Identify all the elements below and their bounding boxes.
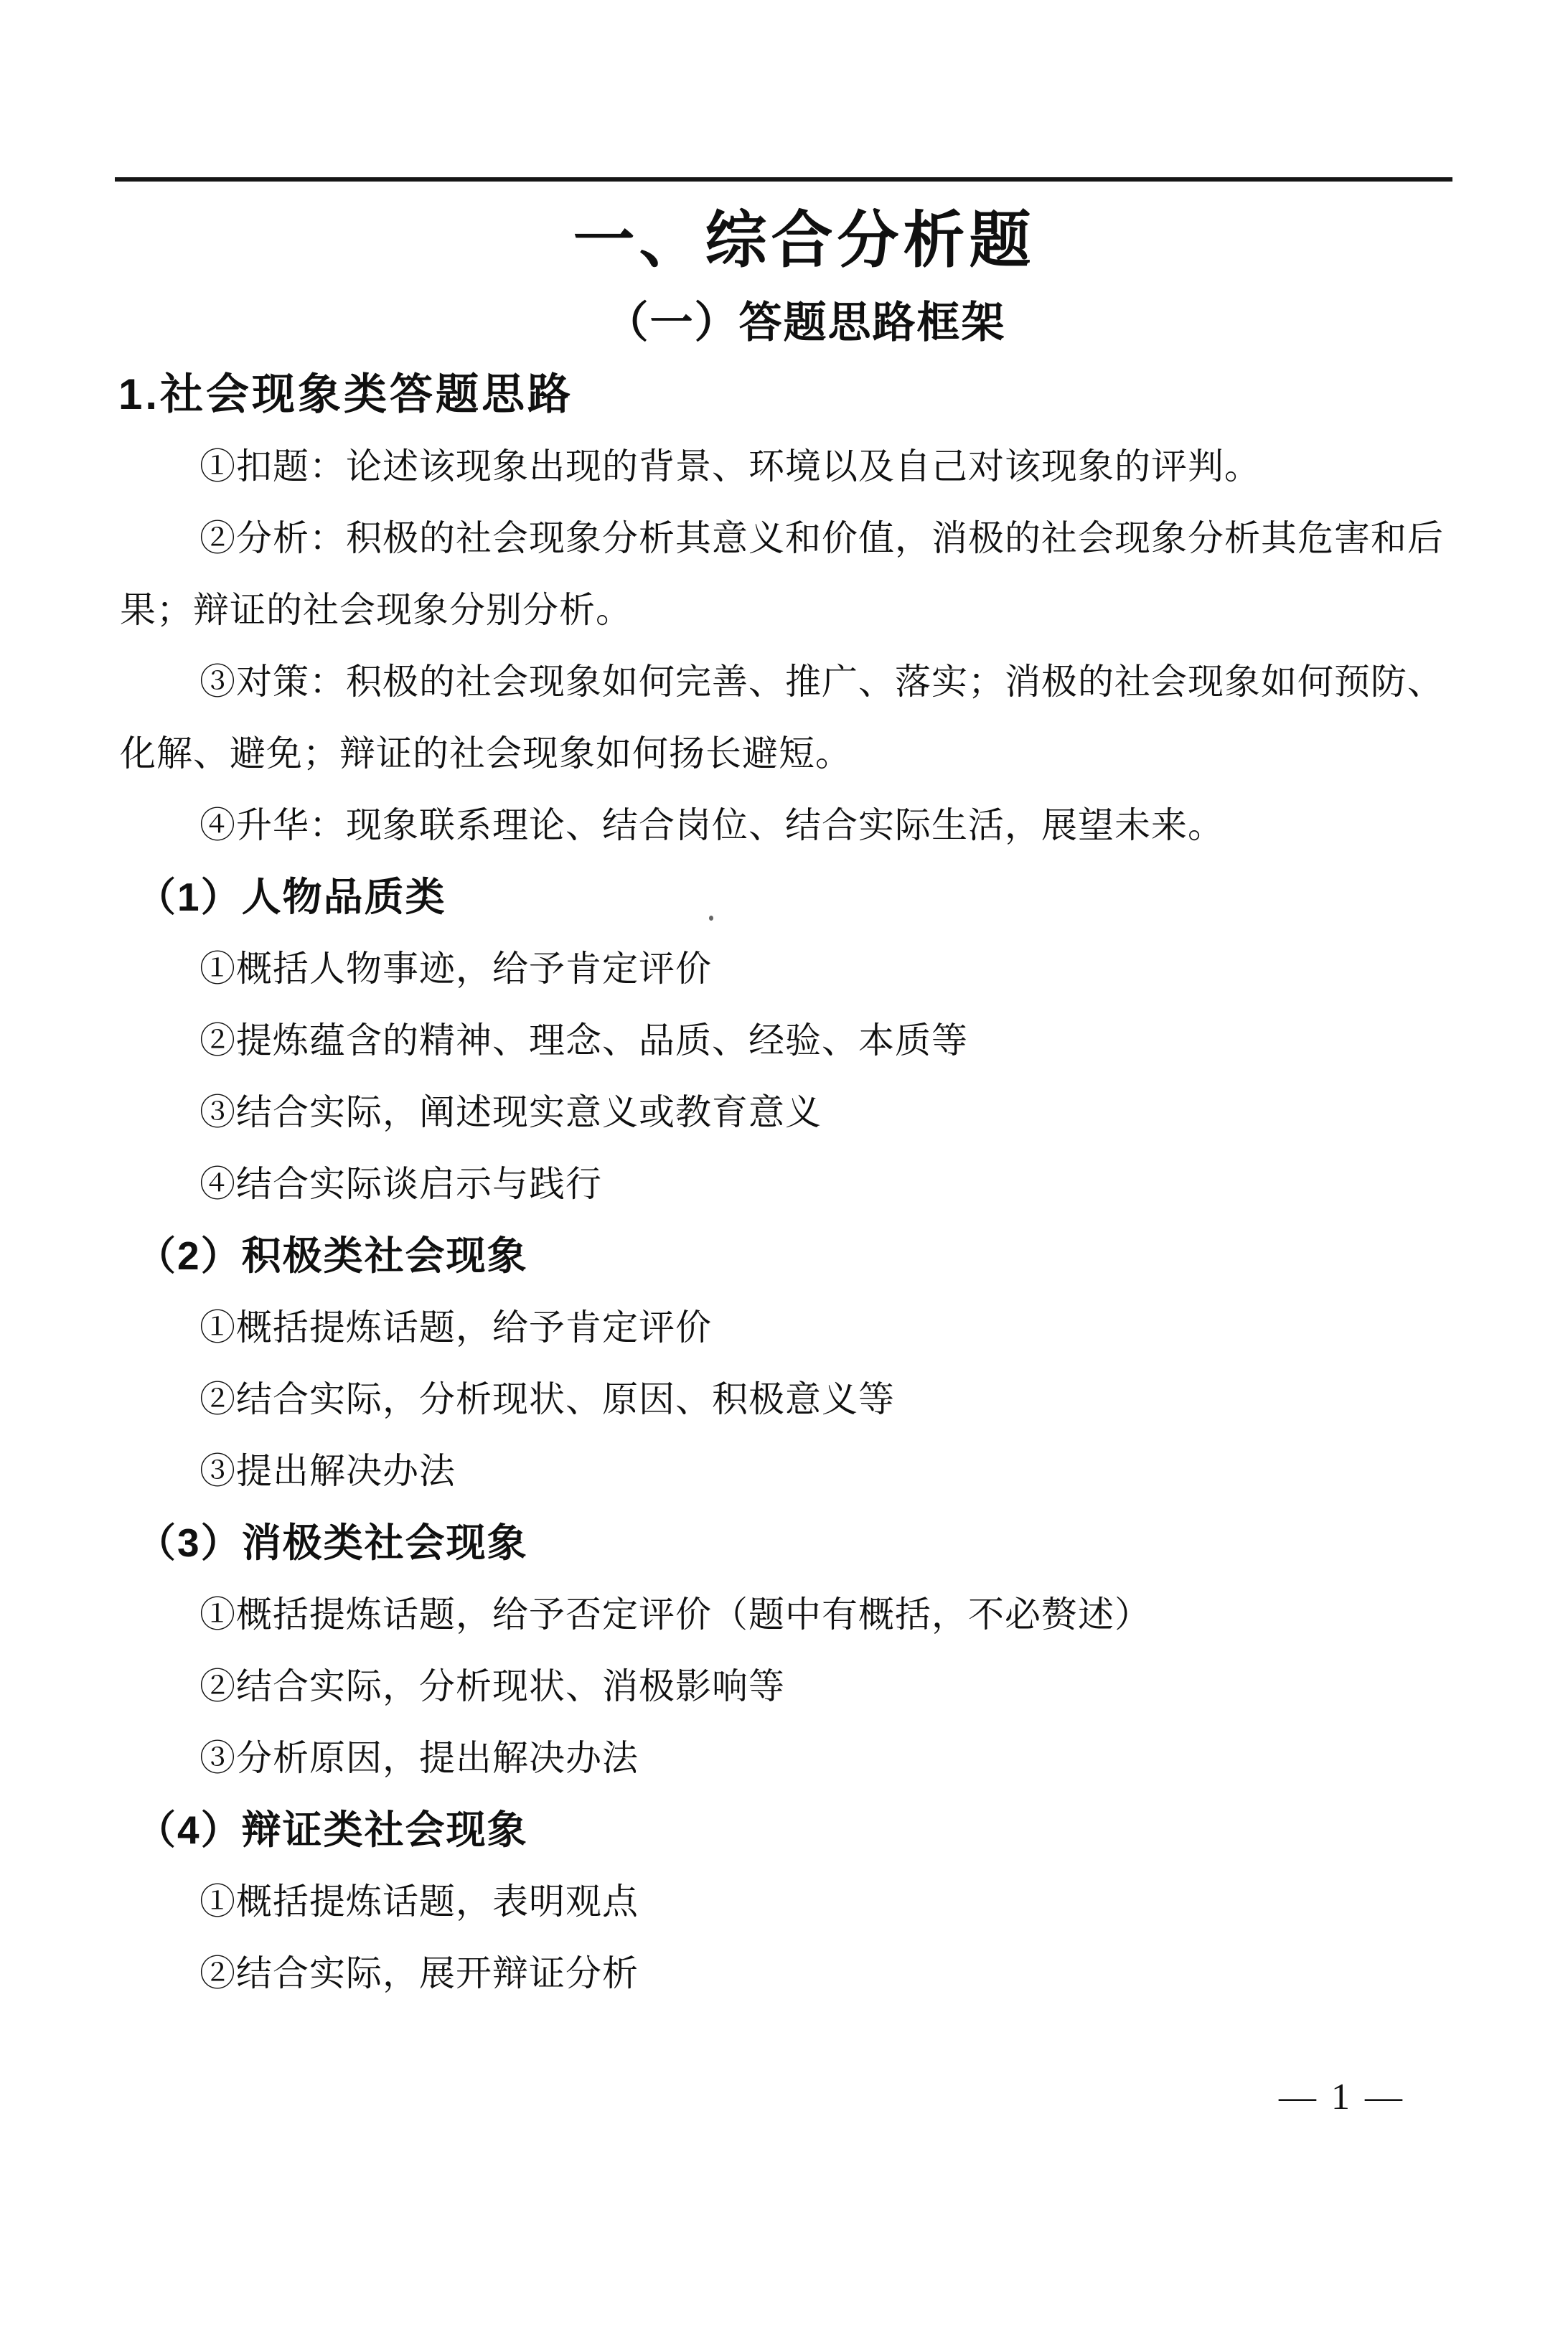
page-number: — 1 — — [1279, 2075, 1405, 2120]
list-item: ①概括提炼话题，给予否定评价（题中有概括，不必赘述） — [0, 1579, 1568, 1650]
scan-speck — [709, 916, 713, 921]
list-item: ②结合实际，分析现状、消极影响等 — [0, 1650, 1568, 1722]
list-item: ①扣题：论述该现象出现的背景、环境以及自己对该现象的评判。 — [0, 431, 1568, 502]
list-item: ①概括提炼话题，表明观点 — [0, 1866, 1568, 1937]
header-rule — [115, 177, 1452, 182]
document-page: 一、综合分析题 （一）答题思路框架 1.社会现象类答题思路 ①扣题：论述该现象出… — [0, 0, 1568, 2345]
paragraph-line: 果；辩证的社会现象分别分析。 — [0, 574, 1568, 646]
paragraph-line: 化解、避免；辩证的社会现象如何扬长避短。 — [0, 718, 1568, 789]
subsection-heading: （4）辩证类社会现象 — [0, 1794, 1568, 1866]
subsection-heading: （3）消极类社会现象 — [0, 1507, 1568, 1579]
list-item: ③分析原因，提出解决办法 — [0, 1722, 1568, 1794]
list-item: ②提炼蕴含的精神、理念、品质、经验、本质等 — [0, 1005, 1568, 1076]
section-heading: 1.社会现象类答题思路 — [0, 359, 1568, 431]
list-item: ③结合实际，阐述现实意义或教育意义 — [0, 1076, 1568, 1148]
page-title: 一、综合分析题 — [20, 210, 1568, 271]
subsection-heading: （2）积极类社会现象 — [0, 1220, 1568, 1292]
list-item: ③提出解决办法 — [0, 1435, 1568, 1507]
content-body: 1.社会现象类答题思路 ①扣题：论述该现象出现的背景、环境以及自己对该现象的评判… — [0, 359, 1568, 2009]
page-subtitle: （一）答题思路框架 — [22, 301, 1568, 344]
list-item: ③对策：积极的社会现象如何完善、推广、落实；消极的社会现象如何预防、 — [0, 646, 1568, 718]
list-item: ②结合实际，展开辩证分析 — [0, 1937, 1568, 2009]
list-item: ④升华：现象联系理论、结合岗位、结合实际生活，展望未来。 — [0, 789, 1568, 861]
list-item: ②结合实际，分析现状、原因、积极意义等 — [0, 1363, 1568, 1435]
list-item: ①概括提炼话题，给予肯定评价 — [0, 1292, 1568, 1363]
subsection-heading: （1）人物品质类 — [0, 861, 1568, 933]
list-item: ①概括人物事迹，给予肯定评价 — [0, 933, 1568, 1005]
list-item: ②分析：积极的社会现象分析其意义和价值，消极的社会现象分析其危害和后 — [0, 502, 1568, 574]
list-item: ④结合实际谈启示与践行 — [0, 1148, 1568, 1220]
